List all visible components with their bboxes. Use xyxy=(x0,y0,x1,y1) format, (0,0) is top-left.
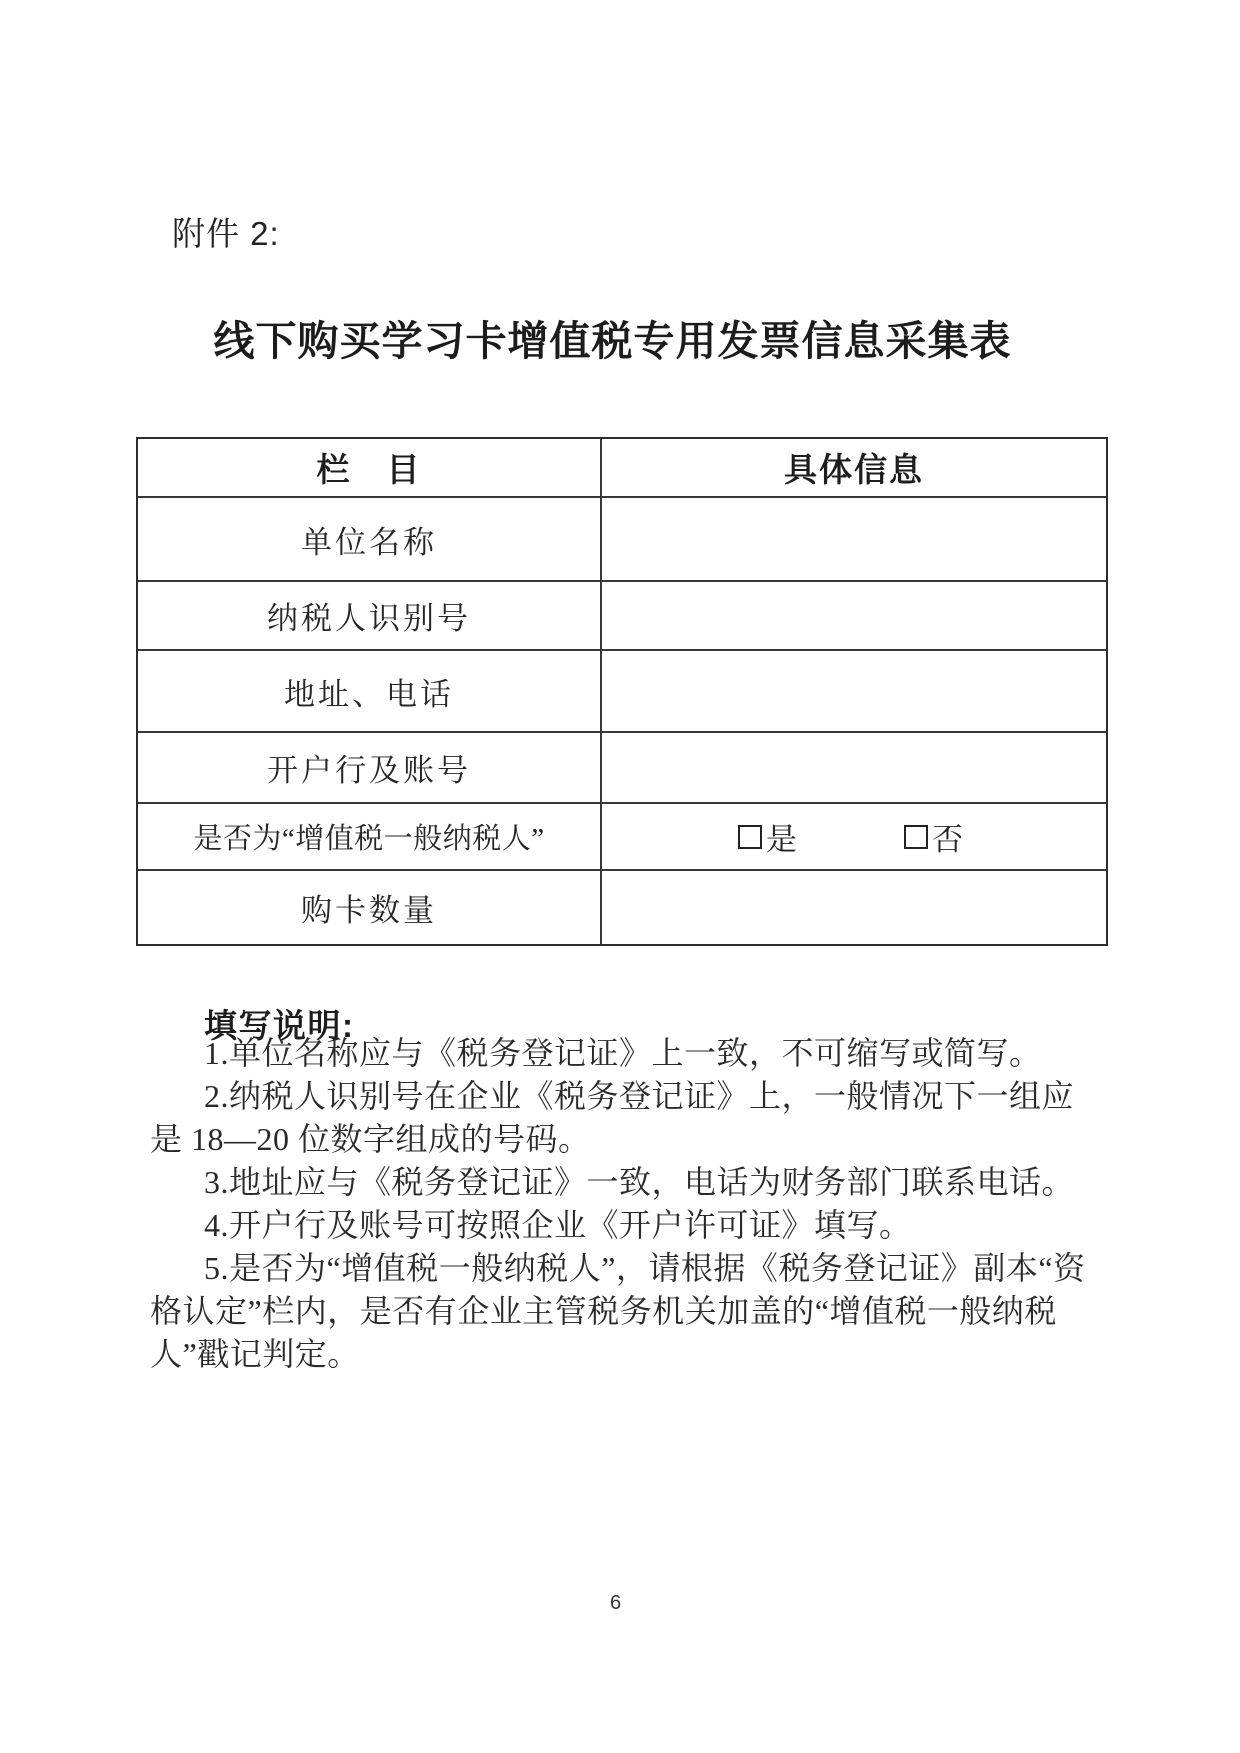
no-option-label: 否 xyxy=(932,814,963,859)
yes-option: 是 xyxy=(738,814,797,859)
row-label-card-quantity: 购卡数量 xyxy=(138,871,602,944)
general-taxpayer-options-cell: 是 否 xyxy=(602,804,1106,869)
table-header-detail-column: 具体信息 xyxy=(602,439,1106,496)
table-row-taxpayer-id: 纳税人识别号 xyxy=(138,582,1106,651)
row-label-bank-account: 开户行及账号 xyxy=(138,733,602,802)
row-label-taxpayer-id: 纳税人识别号 xyxy=(138,582,602,649)
page-title: 线下购买学习卡增值税专用发票信息采集表 xyxy=(0,308,1225,367)
instruction-line: 格认定”栏内，是否有企业主管税务机关加盖的“增值税一般纳税 xyxy=(150,1290,1100,1333)
fill-in-cell-unit-name[interactable] xyxy=(602,498,1106,580)
table-row-bank-account: 开户行及账号 xyxy=(138,733,1106,804)
fill-in-cell-taxpayer-id[interactable] xyxy=(602,582,1106,649)
table-row-card-quantity: 购卡数量 xyxy=(138,871,1106,944)
table-row-address-phone: 地址、电话 xyxy=(138,651,1106,733)
row-label-unit-name: 单位名称 xyxy=(138,498,602,580)
no-checkbox-icon[interactable] xyxy=(904,825,928,849)
instruction-line: 人”戳记判定。 xyxy=(150,1333,1100,1376)
instruction-line: 5.是否为“增值税一般纳税人”，请根据《税务登记证》副本“资 xyxy=(150,1247,1100,1290)
table-row-general-taxpayer: 是否为“增值税一般纳税人” 是 否 xyxy=(138,804,1106,871)
yes-option-label: 是 xyxy=(766,814,797,859)
no-option: 否 xyxy=(904,814,963,859)
instruction-line: 3.地址应与《税务登记证》一致，电话为财务部门联系电话。 xyxy=(150,1161,1100,1204)
table-row-unit-name: 单位名称 xyxy=(138,498,1106,582)
table-header-row: 栏 目 具体信息 xyxy=(138,439,1106,498)
table-header-item-column: 栏 目 xyxy=(138,439,602,496)
instruction-line: 4.开户行及账号可按照企业《开户许可证》填写。 xyxy=(150,1204,1100,1247)
document-page: 附件 2: 线下购买学习卡增值税专用发票信息采集表 栏 目 具体信息 单位名称 … xyxy=(0,0,1240,1753)
row-label-address-phone: 地址、电话 xyxy=(138,651,602,731)
fill-in-cell-card-quantity[interactable] xyxy=(602,871,1106,944)
attachment-label: 附件 2: xyxy=(172,208,280,255)
fill-in-cell-address-phone[interactable] xyxy=(602,651,1106,731)
page-number: 6 xyxy=(610,1592,621,1615)
instructions-text: 1.单位名称应与《税务登记证》上一致，不可缩写或简写。 2.纳税人识别号在企业《… xyxy=(150,1032,1100,1376)
instruction-line: 1.单位名称应与《税务登记证》上一致，不可缩写或简写。 xyxy=(150,1032,1100,1075)
instruction-line: 是 18—20 位数字组成的号码。 xyxy=(150,1118,1100,1161)
invoice-info-table: 栏 目 具体信息 单位名称 纳税人识别号 地址、电话 开户行及账号 是否为“增值… xyxy=(136,437,1108,946)
yes-checkbox-icon[interactable] xyxy=(738,825,762,849)
row-label-general-taxpayer: 是否为“增值税一般纳税人” xyxy=(138,804,602,869)
fill-in-cell-bank-account[interactable] xyxy=(602,733,1106,802)
instruction-line: 2.纳税人识别号在企业《税务登记证》上，一般情况下一组应 xyxy=(150,1075,1100,1118)
